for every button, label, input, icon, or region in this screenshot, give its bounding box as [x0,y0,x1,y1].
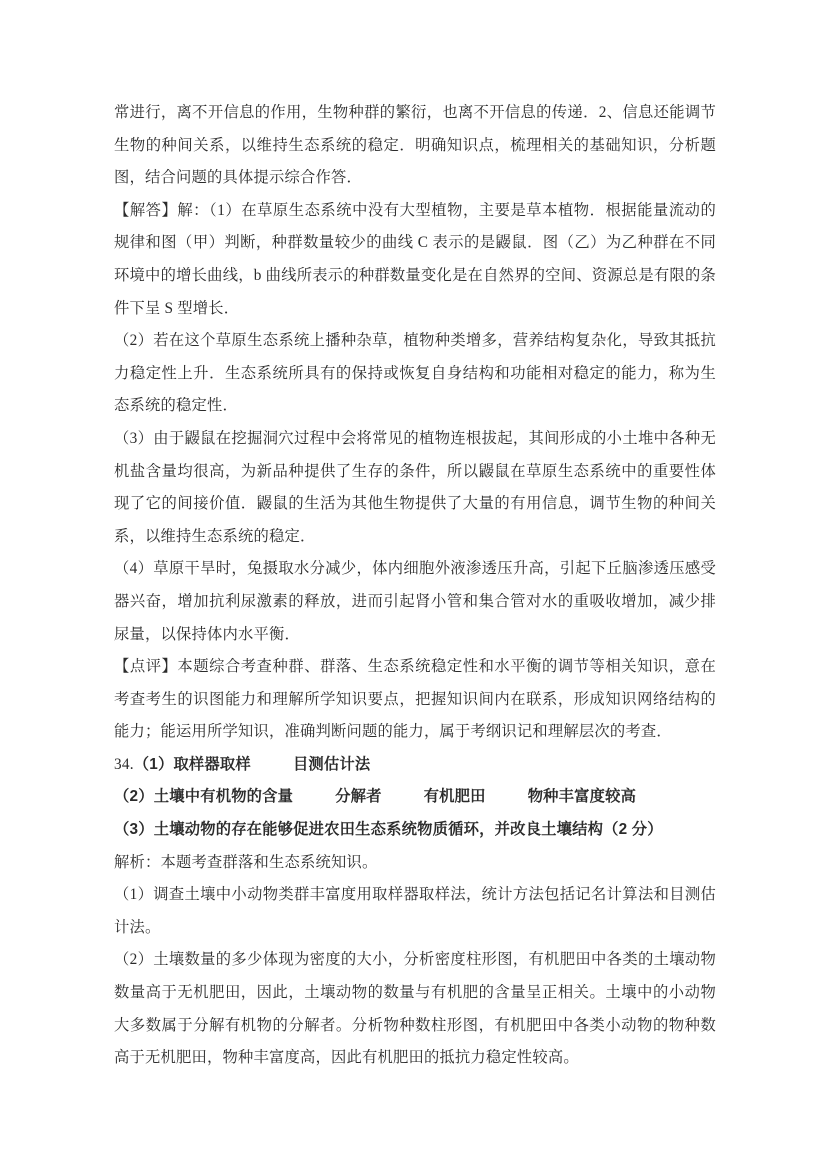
answer-line-34-2: （2）土壤中有机物的含量分解者有机肥田物种丰富度较高 [114,781,716,814]
answer-2-item-3: 有机肥田 [424,788,486,805]
answer-line-34-1: 34.（1）取样器取样目测估计法 [114,749,716,782]
solution-paragraph-2: （2）若在这个草原生态系统上播种杂草，植物种类增多，营养结构复杂化，导致其抵抗力… [114,325,716,423]
knowledge-analysis-paragraph: 常进行，离不开信息的作用，生物种群的繁衍，也离不开信息的传递．2、信息还能调节生… [114,97,716,195]
answer-3-label: （3） [114,821,154,838]
comment-paragraph: 【点评】本题综合考查种群、群落、生态系统稳定性和水平衡的调节等相关知识，意在考查… [114,651,716,749]
analysis-heading: 解析：本题考查群落和生态系统知识。 [114,847,716,880]
solution-paragraph-3: （3）由于鼹鼠在挖掘洞穴过程中会将常见的植物连根拔起，其间形成的小土堆中各种无机… [114,423,716,553]
answer-2-item-2: 分解者 [335,788,382,805]
answer-1-item-2: 目测估计法 [293,756,371,773]
document-page: 常进行，离不开信息的作用，生物种群的繁衍，也离不开信息的传递．2、信息还能调节生… [114,97,716,1075]
solution-paragraph-4: （4）草原干旱时，兔摄取水分减少，体内细胞外液渗透压升高，引起下丘脑渗透压感受器… [114,553,716,651]
answer-line-34-3: （3）土壤动物的存在能够促进农田生态系统物质循环，并改良土壤结构（2 分） [114,814,716,847]
answer-1-label: （1） [134,756,174,773]
answer-2-item-1: 土壤中有机物的含量 [154,788,293,805]
answer-1-item-1: 取样器取样 [173,756,251,773]
answer-3-text: 土壤动物的存在能够促进农田生态系统物质循环，并改良土壤结构（2 分） [154,821,663,838]
solution-paragraph-1: 【解答】解：（1）在草原生态系统中没有大型植物，主要是草本植物．根据能量流动的规… [114,195,716,325]
analysis-paragraph-2: （2）土壤数量的多少体现为密度的大小，分析密度柱形图，有机肥田中各类的土壤动物数… [114,944,716,1074]
answer-2-label: （2） [114,788,154,805]
answer-2-item-4: 物种丰富度较高 [528,788,636,805]
analysis-paragraph-1: （1）调查土壤中小动物类群丰富度用取样器取样法，统计方法包括记名计算法和目测估计… [114,879,716,944]
question-number: 34. [114,756,134,773]
